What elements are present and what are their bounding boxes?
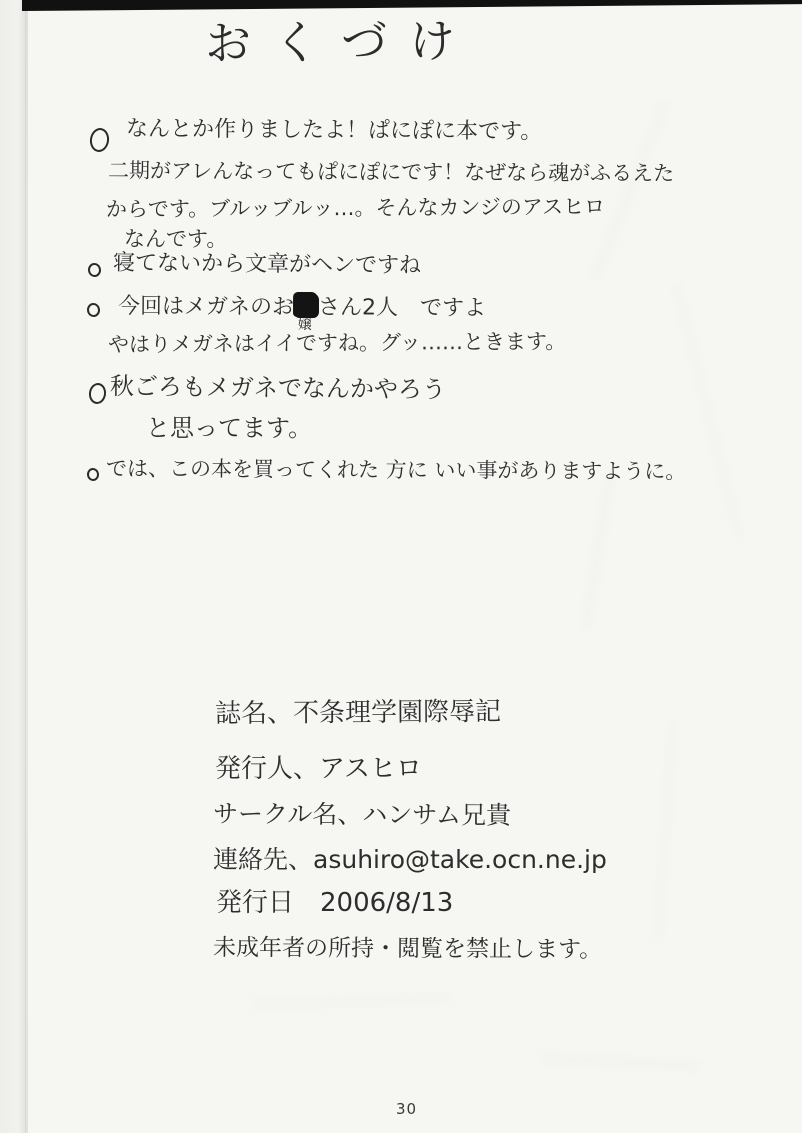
bullet-circle-icon	[86, 467, 99, 481]
colophon-line-publisher: 発行人、アスヒロ	[215, 748, 422, 785]
bleed-through-artifact	[593, 101, 668, 279]
handwritten-line: では、この本を買ってくれた 方に いい事がありますように。	[106, 456, 686, 484]
scribble-blob-icon	[294, 292, 318, 317]
bleed-through-artifact	[540, 1056, 700, 1068]
handwritten-line: と思ってます。	[146, 414, 312, 443]
bleed-through-artifact	[675, 283, 741, 536]
bullet-circle-icon	[88, 127, 110, 153]
handwritten-line: 寝てないから文章がヘンですね	[113, 251, 421, 280]
bleed-through-artifact	[584, 471, 613, 630]
page-title: おくづけ	[205, 5, 478, 74]
handwritten-line: 二期がアレんなってもぱにぽにです！なぜなら魂がふるえた	[108, 159, 674, 187]
bullet-circle-icon	[88, 382, 108, 405]
bullet-circle-icon	[87, 262, 101, 277]
handwritten-line: なんとか作りましたよ！ぱにぽに本です。	[126, 117, 542, 146]
page-number: 30	[396, 1100, 417, 1118]
bullet-circle-icon	[86, 302, 100, 317]
handwritten-line: 秋ごろもメガネでなんかやろう	[110, 372, 446, 404]
line-text-after-redaction: さん2人 ですよ	[318, 295, 486, 321]
bleed-through-artifact	[250, 997, 450, 1007]
colophon-line-contact-email: 連絡先、asuhiro@take.ocn.ne.jp	[213, 840, 607, 876]
page-gutter-shadow	[0, 0, 26, 1133]
line-text-before-redaction: 今回はメガネのお	[118, 294, 294, 320]
bleed-through-artifact	[656, 720, 674, 940]
gutter-fold-line	[26, 0, 28, 1133]
redaction-scribble: 嬢	[294, 292, 318, 322]
handwritten-line: やはりメガネはイイですね。グッ……ときます。	[108, 329, 566, 357]
colophon-line-circle-name: サークル名、ハンサム兄貴	[213, 794, 511, 832]
colophon-line-age-notice: 未成年者の所持・閲覧を禁止します。	[213, 929, 602, 964]
handwritten-line: からです。ブルッブルッ…。そんなカンジのアスヒロ	[106, 195, 605, 223]
handwritten-line: 今回はメガネのお嬢さん2人 ですよ	[118, 291, 486, 322]
colophon-line-publish-date: 発行日 2006/8/13	[216, 882, 453, 919]
handwritten-line: なんです。	[124, 227, 227, 252]
colophon-line-magazine-title: 誌名、不条理学園際辱記	[215, 691, 501, 730]
scanned-page: おくづけ なんとか作りましたよ！ぱにぽに本です。 二期がアレんなってもぱにぽにで…	[0, 0, 802, 1133]
